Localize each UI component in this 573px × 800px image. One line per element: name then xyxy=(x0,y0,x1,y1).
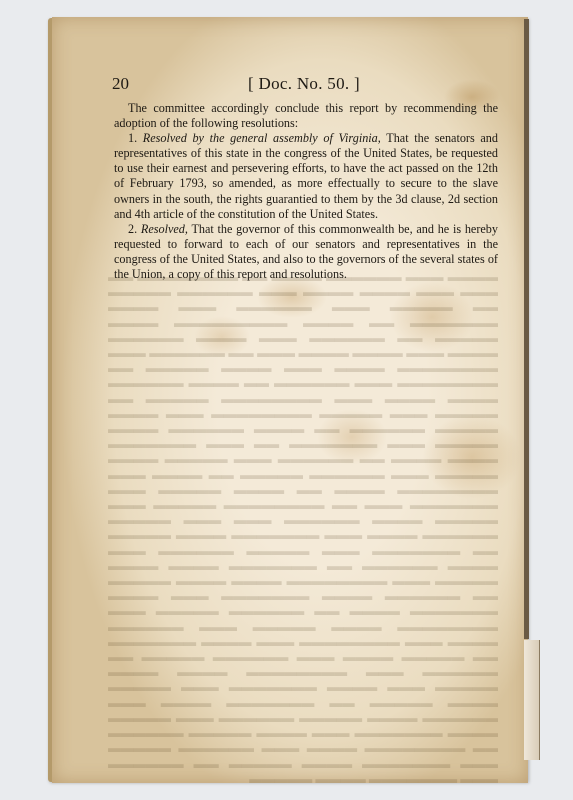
page-number: 20 xyxy=(112,74,129,94)
page-right-edge xyxy=(524,19,529,639)
resolution-number: 2. xyxy=(128,222,137,236)
page-right-flap xyxy=(524,640,540,760)
resolution-number: 1. xyxy=(128,131,137,145)
reverse-side-bleed-through: ▬▬▬▬ ▬▬▬ ▬▬▬▬▬▬ ▬▬▬▬ ▬▬ ▬▬▬▬▬▬▬▬ ▬▬ ▬▬▬ … xyxy=(108,270,498,790)
resolution-lead: Resolved by the general assembly of Virg… xyxy=(143,131,381,145)
resolution-2: 2. Resolved, That the governor of this c… xyxy=(114,222,498,282)
resolution-lead: Resolved, xyxy=(141,222,188,236)
intro-paragraph: The committee accordingly conclude this … xyxy=(114,101,498,131)
running-head: [ Doc. No. 50. ] xyxy=(248,74,360,94)
body-text: The committee accordingly conclude this … xyxy=(114,101,498,282)
page-header: 20 [ Doc. No. 50. ] xyxy=(112,74,497,94)
resolution-1: 1. Resolved by the general assembly of V… xyxy=(114,131,498,222)
